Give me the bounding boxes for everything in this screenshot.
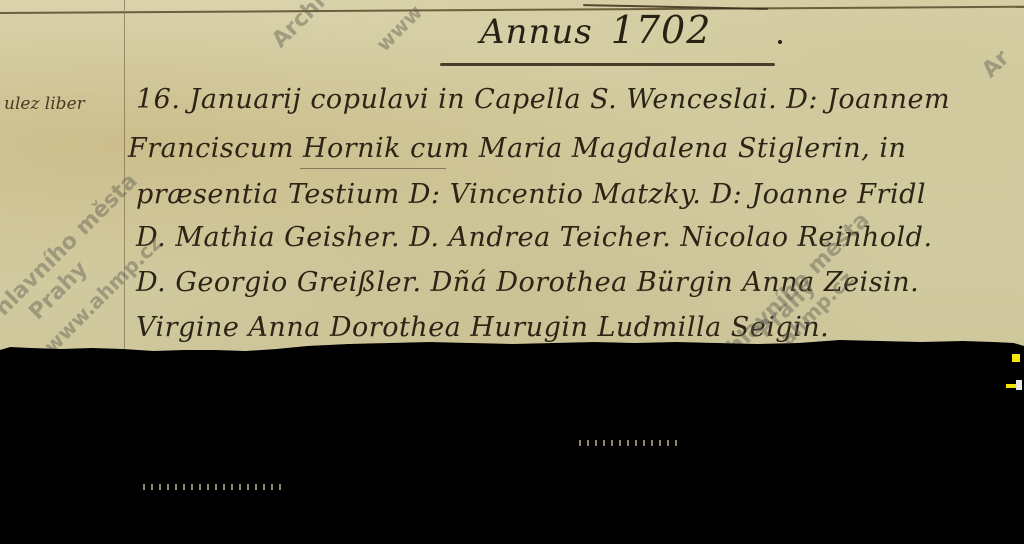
entry-line-3: præsentia Testium D: Vincentio Matzky. D… [136, 179, 926, 210]
watermark: Archiv [267, 0, 340, 53]
scan-artifact-strip [576, 440, 682, 446]
watermark: hlavního města [0, 169, 143, 321]
margin-ruled-line [124, 0, 125, 352]
watermark: Ar [977, 46, 1014, 83]
watermark: www [371, 0, 427, 56]
page-title: Annus1702 [480, 8, 711, 52]
title-underline [440, 63, 775, 66]
edge-artifact [1012, 354, 1020, 362]
name-underline [300, 168, 446, 169]
scan-artifact-strip [140, 484, 284, 490]
title-year: 1702 [611, 8, 712, 52]
margin-note: ulez liber [4, 94, 85, 114]
entry-line-4: D. Mathia Geisher. D. Andrea Teicher. Ni… [136, 222, 933, 253]
entry-line-2: Franciscum Hornik cum Maria Magdalena St… [128, 133, 906, 164]
entry-line-1: 16. Januarij copulavi in Capella S. Wenc… [136, 84, 950, 115]
edge-artifact [1016, 380, 1022, 390]
edge-artifact [1006, 384, 1016, 388]
title-word: Annus [480, 12, 593, 52]
watermark: Prahy [24, 257, 92, 325]
paper-sheet: Annus1702 ulez liber 16. Januarij copula… [0, 0, 1024, 362]
entry-line-5: D. Georgio Greißler. Dñá Dorothea Bürgin… [136, 267, 919, 298]
entry-line-6: Virgine Anna Dorothea Hurugin Ludmilla S… [136, 312, 829, 343]
title-period [778, 40, 782, 44]
scanned-register-page: Annus1702 ulez liber 16. Januarij copula… [0, 0, 1024, 544]
